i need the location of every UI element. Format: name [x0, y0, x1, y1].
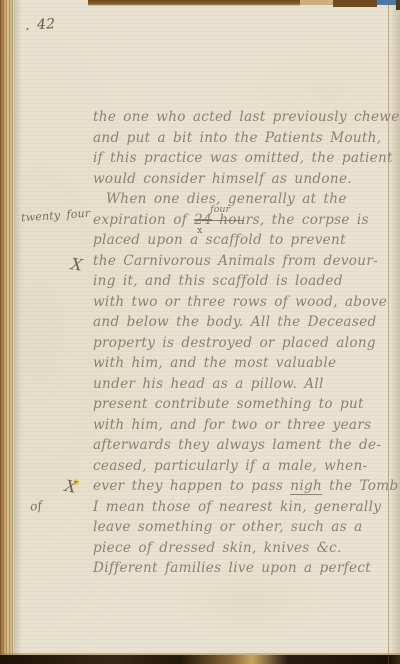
manuscript-line: piece of dressed skin, knives &c.	[93, 538, 395, 559]
underlined-word: nigh	[290, 478, 322, 495]
margin-note-of: of	[29, 498, 43, 513]
manuscript-line: ing it, and this scaffold is loaded	[93, 271, 395, 292]
manuscript-text-block: the one who acted last previously chewed…	[93, 107, 395, 579]
manuscript-line: under his head as a pillow. All	[93, 374, 395, 395]
top-cover-edge	[88, 0, 300, 6]
bottom-cover-edge	[0, 655, 400, 664]
manuscript-line: property is destroyed or placed along	[93, 333, 395, 354]
margin-note-twenty-four: twenty four	[21, 207, 91, 225]
manuscript-line: would consider himself as undone.	[93, 169, 395, 190]
manuscript-line: present contribute something to put	[93, 394, 395, 415]
manuscript-line: the Carnivorous Animals from devour-	[93, 251, 395, 272]
top-cover-edge-2	[333, 0, 377, 7]
inserted-word: four	[202, 200, 244, 222]
page-fold-shadow	[14, 0, 22, 664]
nigh-line-post: the Tomb	[322, 478, 398, 494]
manuscript-line-with-correction: expiration of 24fourx hours, the corpse …	[93, 210, 395, 231]
manuscript-line: and below the body. All the Deceased	[93, 312, 395, 333]
manuscript-line: with him, and for two or three years	[93, 415, 395, 436]
manuscript-line: with two or three rows of wood, above	[93, 292, 395, 313]
margin-x-mark-2: X	[63, 476, 78, 497]
margin-x-mark: X	[70, 254, 84, 274]
manuscript-line-with-underline: ever they happen to pass nigh the Tomb	[93, 476, 395, 497]
manuscript-line: the one who acted last previously chewed	[93, 107, 395, 128]
manuscript-line: Different families live upon a perfect	[93, 558, 395, 579]
manuscript-line: leave something or other, such as a	[93, 517, 395, 538]
nigh-line-pre: ever they happen to pass	[93, 478, 290, 494]
page-number: . 42	[25, 16, 56, 34]
edit-line-pre: expiration of	[93, 212, 194, 228]
manuscript-line: and put a bit into the Patients Mouth,	[93, 128, 395, 149]
manuscript-line: ceased, particularly if a male, when-	[93, 456, 395, 477]
manuscript-line: I mean those of nearest kin, generally	[93, 497, 395, 518]
top-page-edge-light	[300, 0, 333, 5]
manuscript-page: . 42 twenty four X X of the one who acte…	[0, 0, 400, 664]
manuscript-line: if this practice was omitted, the patien…	[93, 148, 395, 169]
manuscript-line: placed upon a scaffold to prevent	[93, 230, 395, 251]
manuscript-line: with him, and the most valuable	[93, 353, 395, 374]
book-binding-edge	[0, 0, 14, 664]
correction-group: 24fourx	[194, 210, 212, 231]
manuscript-line: afterwards they always lament the de-	[93, 435, 395, 456]
correction-x-mark: x	[197, 221, 202, 242]
